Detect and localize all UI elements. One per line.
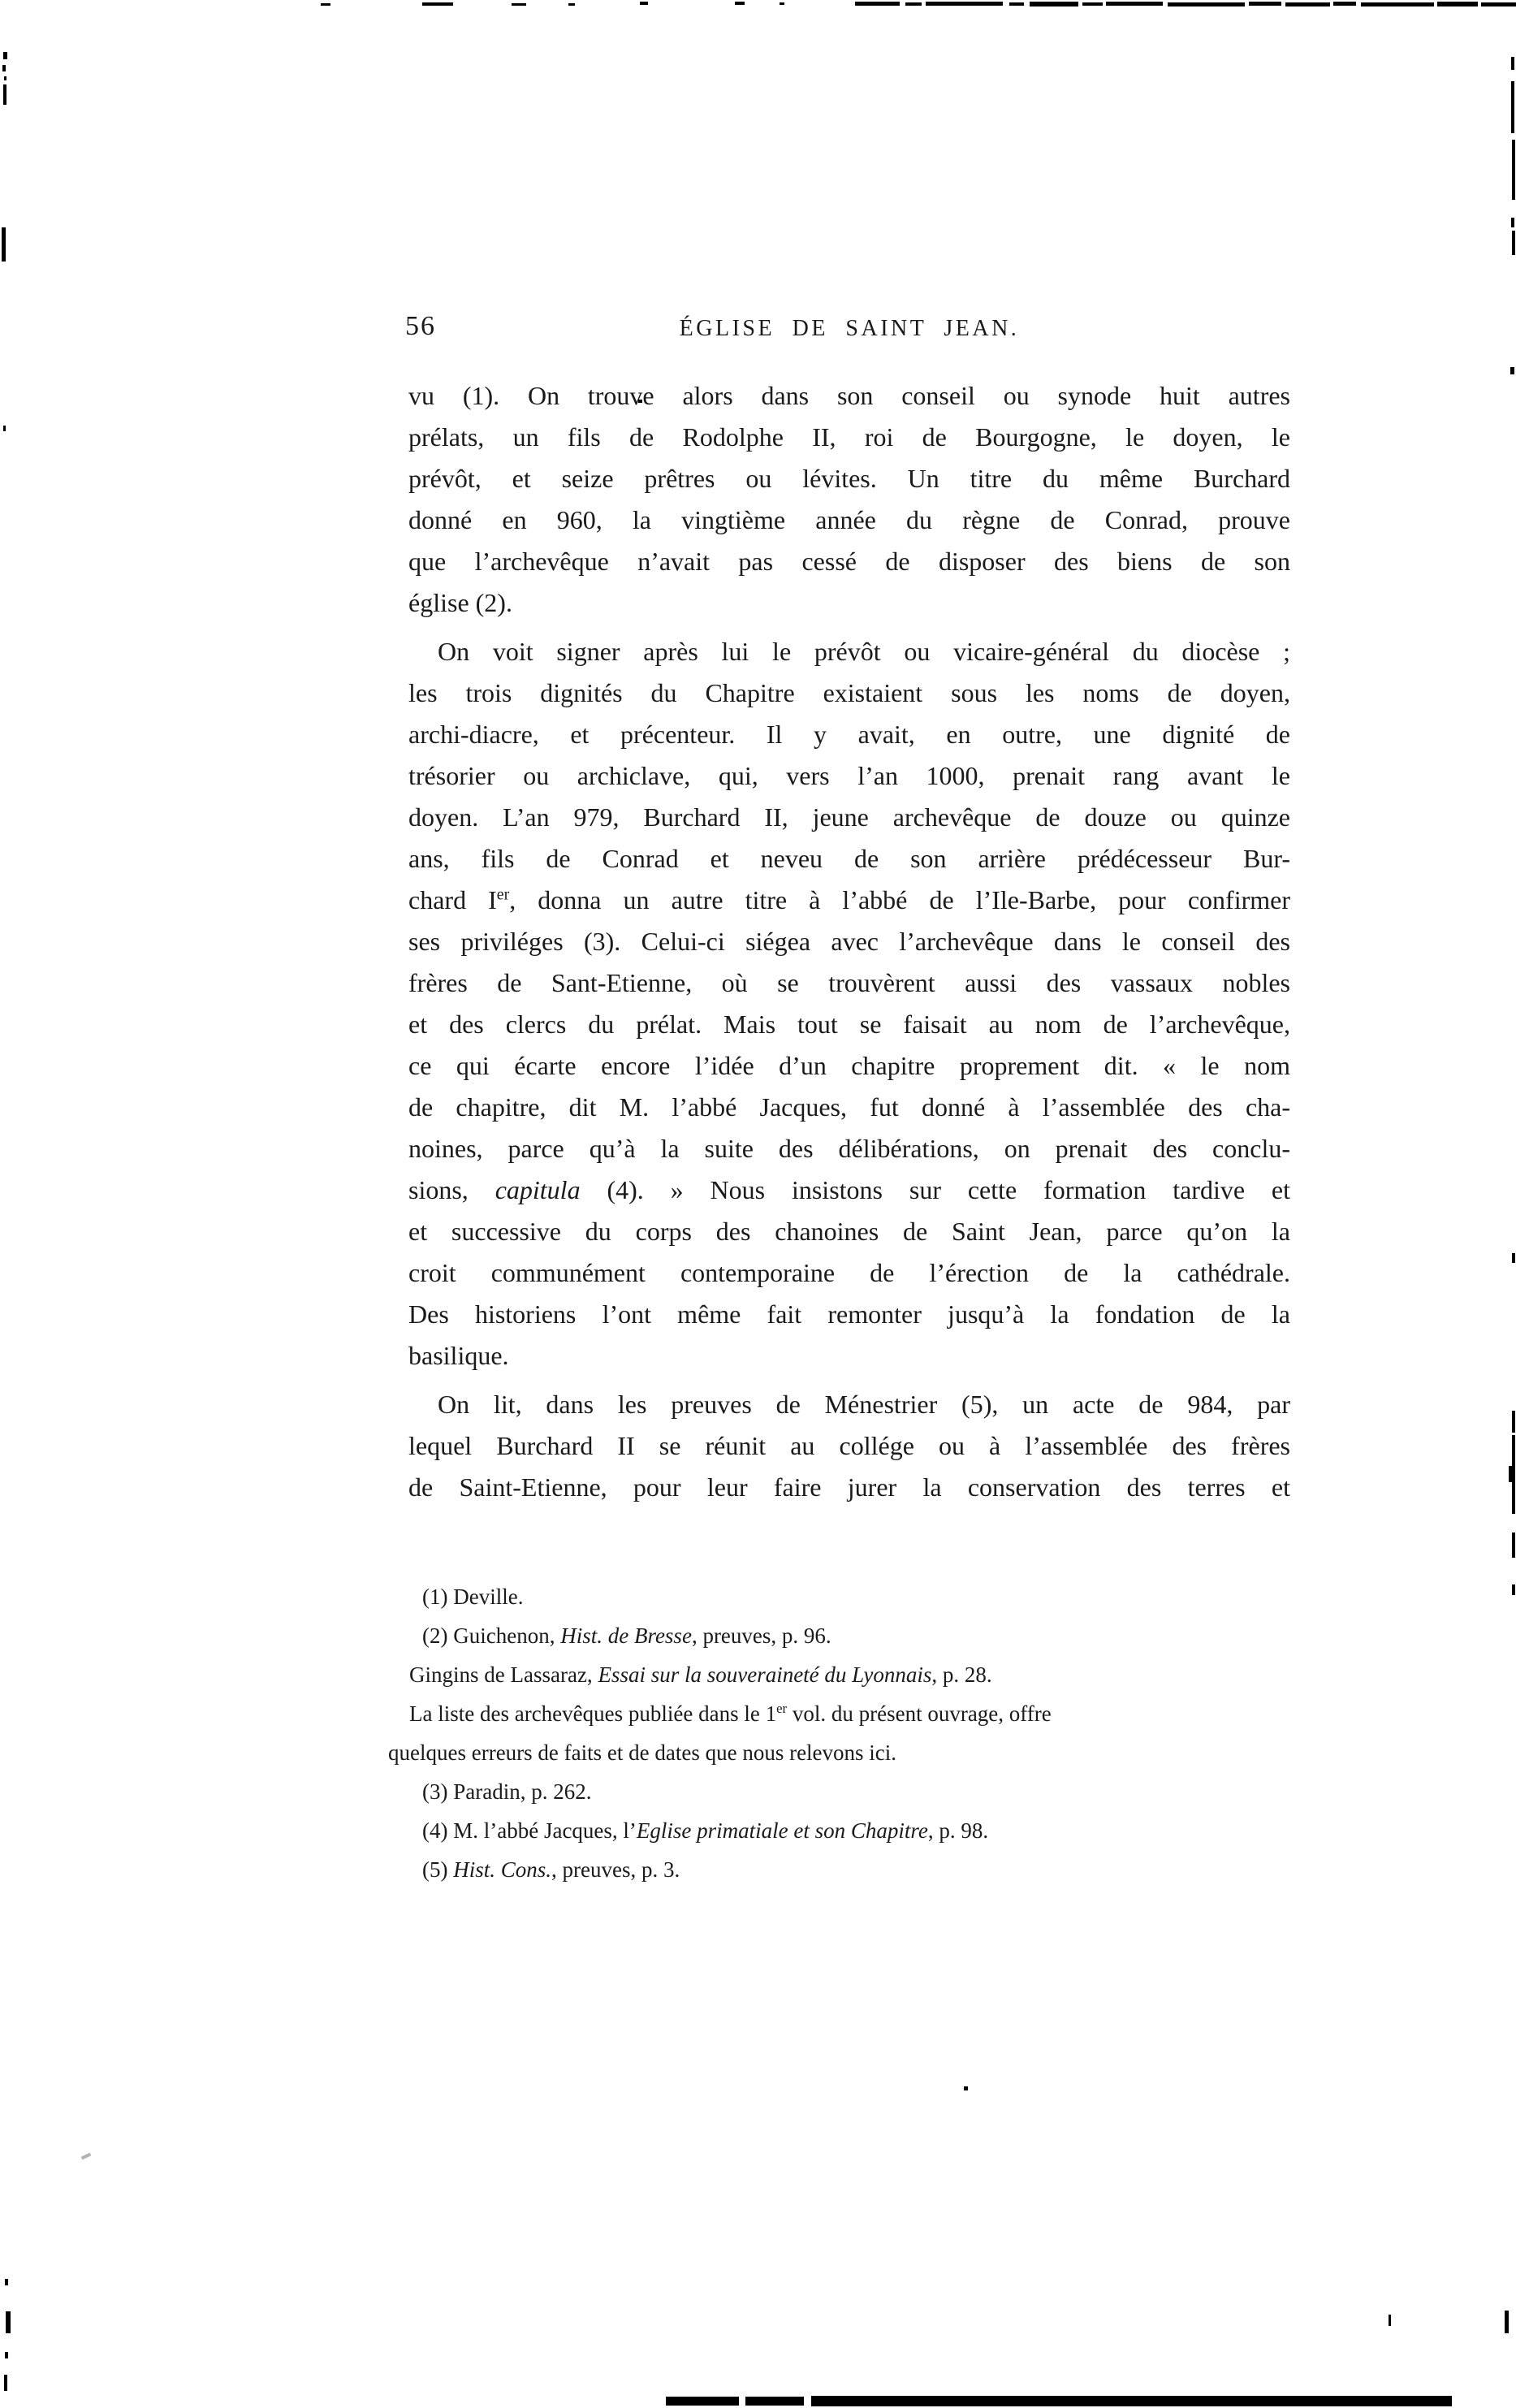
scan-artifact (1030, 2, 1078, 6)
text-line: croit communément contemporaine de l’ére… (408, 1252, 1290, 1294)
scan-artifact (1509, 1466, 1515, 1482)
text-line: chard Ier, donna un autre titre à l’abbé… (408, 880, 1290, 921)
running-title: ÉGLISE DE SAINT JEAN. (408, 315, 1290, 343)
footnote-line: Gingins de Lassaraz, Essai sur la souver… (388, 1655, 1334, 1694)
scan-artifact (3, 426, 6, 431)
text-line: trésorier ou archiclave, qui, vers l’an … (408, 755, 1290, 797)
text-line: Des historiens l’ont même fait remonter … (408, 1294, 1290, 1335)
scan-artifact (1512, 231, 1515, 255)
scan-artifact (1106, 2, 1163, 6)
text-line: les trois dignités du Chapitre existaien… (408, 672, 1290, 714)
scan-artifact (568, 3, 575, 6)
scan-artifact (1511, 218, 1514, 227)
scan-artifact (926, 2, 1003, 6)
scan-artifact (1389, 2315, 1391, 2326)
scan-artifact (1285, 2, 1330, 6)
paragraph: vu (1). On trouve alors dans son conseil… (408, 375, 1290, 624)
text-line: frères de Sant-Etienne, où se trouvèrent… (408, 962, 1290, 1004)
text-line: église (2). (408, 582, 1290, 624)
scan-artifact (964, 2086, 968, 2090)
text-line: basilique. (408, 1335, 1290, 1377)
paragraph: On lit, dans les preuves de Ménestrier (… (408, 1384, 1290, 1508)
scan-artifact (855, 2, 900, 6)
text-line: que l’archevêque n’avait pas cessé de di… (408, 541, 1290, 582)
scan-artifact (6, 2311, 11, 2333)
footnotes: (1) Deville.(2) Guichenon, Hist. de Bres… (388, 1577, 1334, 1889)
text-line: On lit, dans les preuves de Ménestrier (… (408, 1384, 1290, 1425)
scan-artifact (4, 76, 6, 80)
text-line: ses priviléges (3). Celui-ci siégea avec… (408, 921, 1290, 962)
scan-artifact (1512, 1411, 1515, 1433)
scan-artifact (512, 3, 526, 6)
scan-artifact (3, 84, 6, 105)
scan-artifact (1505, 2311, 1509, 2333)
text-line: et successive du corps des chanoines de … (408, 1211, 1290, 1252)
scan-artifact (1249, 2, 1281, 6)
scan-artifact (1481, 2, 1516, 6)
text-line: et des clercs du prélat. Mais tout se fa… (408, 1004, 1290, 1045)
scan-artifact (422, 2, 453, 6)
scan-artifact (2, 65, 6, 71)
scan-artifact (1511, 57, 1514, 70)
scan-artifact (640, 2, 648, 5)
text-line: noines, parce qu’à la suite des délibéra… (408, 1128, 1290, 1169)
text-line: de Saint-Etienne, pour leur faire jurer … (408, 1467, 1290, 1508)
scan-artifact (321, 3, 330, 6)
text-line: prélats, un fils de Rodolphe II, roi de … (408, 417, 1290, 458)
scan-artifact (1009, 2, 1024, 6)
text-line: donné en 960, la vingtième année du règn… (408, 499, 1290, 541)
footnote-line: (4) M. l’abbé Jacques, l’Eglise primatia… (388, 1811, 1334, 1850)
scan-artifact (81, 2153, 92, 2160)
scan-artifact (5, 2352, 8, 2358)
scan-artifact (1510, 367, 1514, 374)
scan-artifact (1168, 2, 1245, 6)
scan-artifact (638, 400, 642, 403)
text-line: lequel Burchard II se réunit au collége … (408, 1425, 1290, 1467)
scan-artifact (780, 2, 784, 5)
footnote-line: (2) Guichenon, Hist. de Bresse, preuves,… (388, 1616, 1334, 1655)
text-line: sions, capitula (4). » Nous insistons su… (408, 1169, 1290, 1211)
footnote-line: quelques erreurs de faits et de dates qu… (388, 1733, 1334, 1772)
footnote-line: (3) Paradin, p. 262. (388, 1772, 1334, 1811)
text-line: ce qui écarte encore l’idée d’un chapitr… (408, 1045, 1290, 1087)
scan-artifact (735, 2, 745, 5)
text-line: vu (1). On trouve alors dans son conseil… (408, 375, 1290, 417)
scan-artifact (1512, 140, 1515, 200)
footnote-line: La liste des archevêques publiée dans le… (388, 1694, 1334, 1733)
scan-artifact (1437, 2, 1478, 6)
scan-artifact (905, 2, 922, 6)
scan-artifact (1512, 1533, 1515, 1558)
scan-artifact (1361, 2, 1434, 6)
scan-artifact (3, 52, 7, 59)
paragraph: On voit signer après lui le prévôt ou vi… (408, 631, 1290, 1377)
scanned-page: 56 ÉGLISE DE SAINT JEAN. vu (1). On trou… (0, 0, 1516, 2408)
text-line: de chapitre, dit M. l’abbé Jacques, fut … (408, 1087, 1290, 1128)
scan-artifact (1512, 1253, 1515, 1263)
footnote-line: (1) Deville. (388, 1577, 1334, 1616)
scan-artifact (1511, 81, 1514, 133)
scan-artifact (745, 2397, 804, 2406)
scan-artifact (666, 2397, 739, 2406)
text-line: doyen. L’an 979, Burchard II, jeune arch… (408, 797, 1290, 838)
scan-artifact (1512, 1584, 1515, 1595)
scan-artifact (2, 227, 6, 262)
scan-artifact (4, 2375, 7, 2391)
scan-artifact (1333, 2, 1356, 6)
scan-artifact (811, 2396, 1452, 2406)
text-line: prévôt, et seize prêtres ou lévites. Un … (408, 458, 1290, 499)
scan-artifact (5, 2279, 8, 2285)
text-line: On voit signer après lui le prévôt ou vi… (408, 631, 1290, 672)
main-text: vu (1). On trouve alors dans son conseil… (408, 375, 1290, 1508)
text-line: ans, fils de Conrad et neveu de son arri… (408, 838, 1290, 880)
text-line: archi-diacre, et précenteur. Il y avait,… (408, 714, 1290, 755)
scan-artifact (1082, 2, 1103, 6)
footnote-line: (5) Hist. Cons., preuves, p. 3. (388, 1850, 1334, 1889)
